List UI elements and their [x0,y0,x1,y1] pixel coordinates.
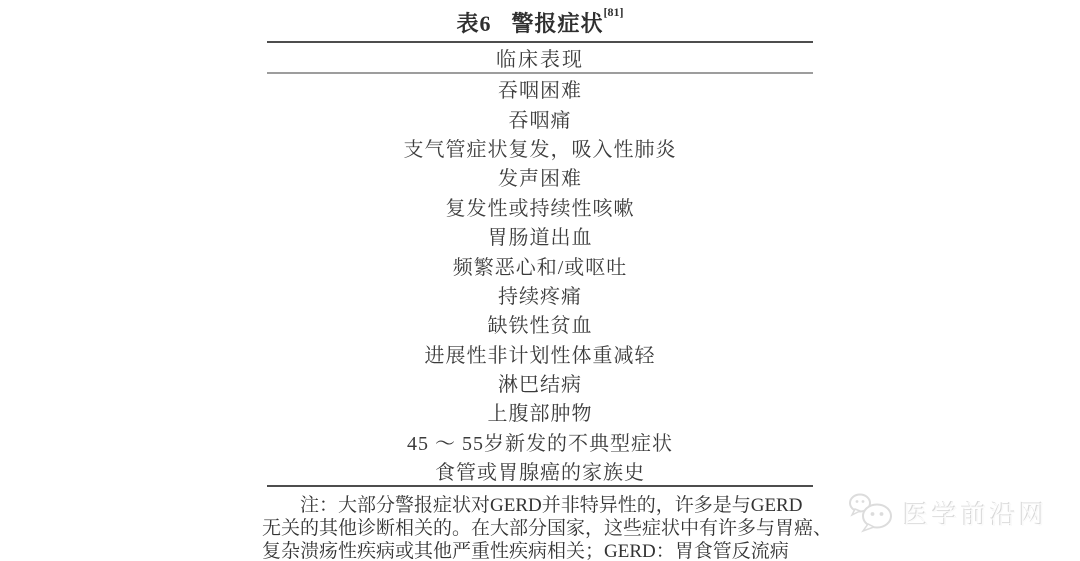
table-row: 支气管症状复发，吸入性肺炎 [267,133,813,162]
footnote-line: 无关的其他诊断相关的。在大部分国家，这些症状中有许多与胃癌、 [262,517,818,540]
watermark-label: 医学前沿网 [903,495,1048,532]
table-row: 45 ～ 55岁新发的不典型症状 [267,427,813,456]
table-row: 复发性或持续性咳嗽 [267,192,813,221]
footnote-line: 注：大部分警报症状对GERD并非特异性的，许多是与GERD [262,494,818,517]
site-watermark: 医学前沿网 [847,492,1048,534]
table-row: 持续疼痛 [267,280,813,309]
reference-superscript: [81] [604,5,624,19]
table-body: 吞咽困难 吞咽痛 支气管症状复发，吸入性肺炎 发声困难 复发性或持续性咳嗽 胃肠… [267,74,813,487]
table-row: 吞咽困难 [267,74,813,103]
table-row: 胃肠道出血 [267,221,813,250]
table-footnote: 注：大部分警报症状对GERD并非特异性的，许多是与GERD 无关的其他诊断相关的… [262,487,818,561]
table-row: 淋巴结病 [267,368,813,397]
wechat-icon [847,492,895,534]
table-row: 进展性非计划性体重减轻 [267,339,813,368]
footnote-line: 复杂溃疡性疾病或其他严重性疾病相关；GERD：胃食管反流病 [262,540,818,561]
table-row: 食管或胃腺癌的家族史 [267,456,813,485]
table-row: 缺铁性贫血 [267,309,813,338]
table-header-row: 临床表现 [267,41,813,74]
table-header-label: 临床表现 [496,43,584,72]
table-row: 上腹部肿物 [267,397,813,426]
table-row: 频繁恶心和/或呕吐 [267,250,813,279]
table-row: 吞咽痛 [267,103,813,132]
table-number: 表6 [456,11,491,36]
alarm-symptoms-table: 表6警报症状[81] 临床表现 吞咽困难 吞咽痛 支气管症状复发，吸入性肺炎 发… [267,0,813,561]
table-row: 发声困难 [267,162,813,191]
table-title-text: 警报症状 [512,11,604,36]
table-title: 表6警报症状[81] [267,0,813,41]
